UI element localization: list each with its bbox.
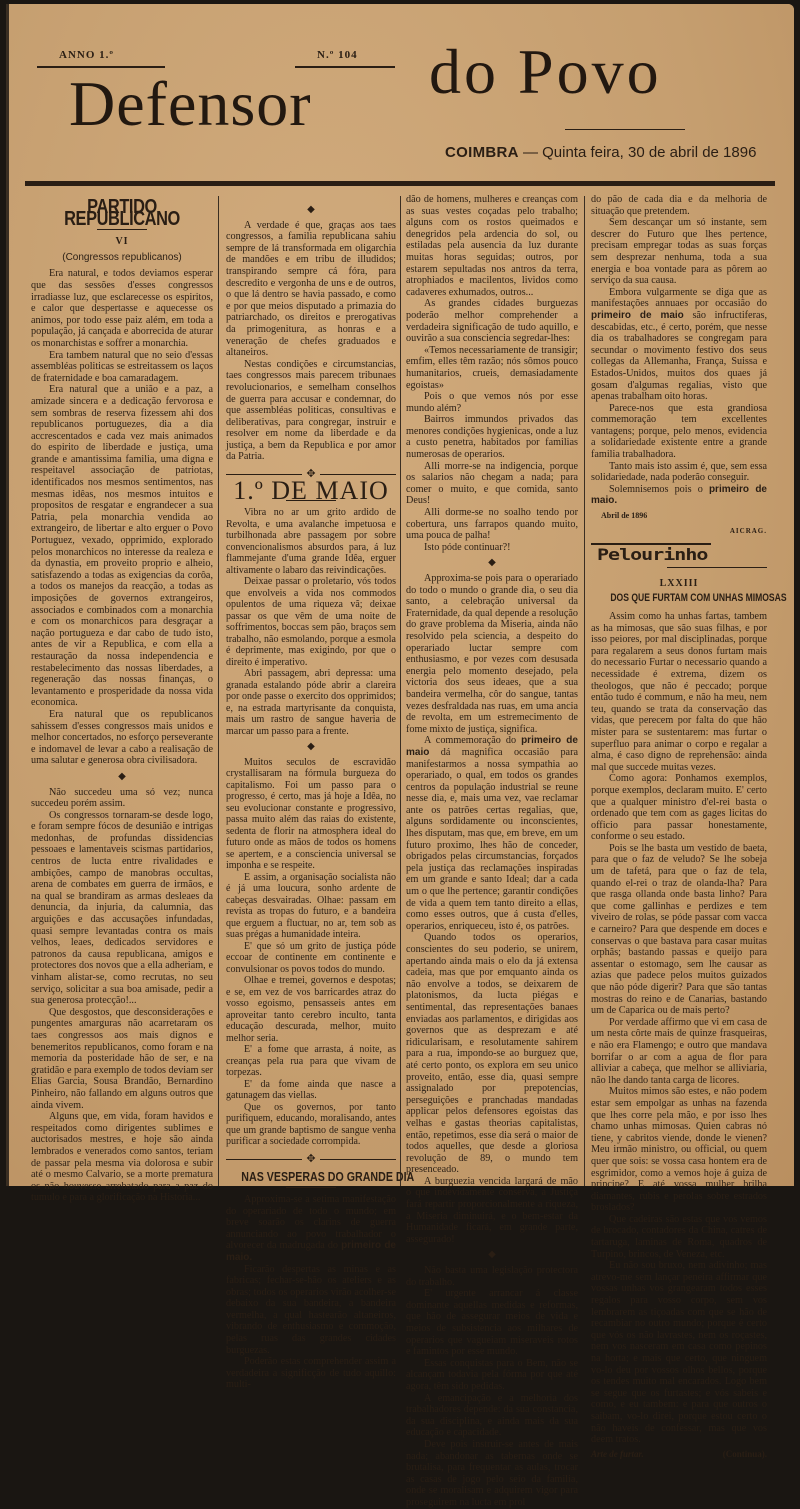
- diamond-ornament-icon: ◆: [226, 741, 396, 753]
- newspaper-title-do-povo: do Povo: [429, 40, 662, 104]
- article-date: Abril de 1896: [591, 510, 647, 522]
- article-heading-1-de-maio: 1.º DE MAIO: [226, 485, 396, 497]
- column-rule: [584, 196, 585, 1186]
- paragraph: Como agora: Ponhamos exemplos, porque ex…: [591, 773, 767, 843]
- article-heading-nas-vesperas: NAS VESPERAS DO GRANDE DIA: [241, 1171, 380, 1183]
- section-heading-pelourinho: Pelourinho: [597, 550, 767, 559]
- paragraph: Muitos seculos de escravidão crystallisa…: [226, 757, 396, 872]
- article-body: Era natural, e todos deviamos esperar qu…: [31, 268, 213, 1192]
- article-part-number: LXXIII: [591, 578, 767, 590]
- section-divider: ✥: [226, 1154, 396, 1166]
- paragraph: dão de homens, mulheres e creanças com a…: [406, 194, 578, 298]
- paragraph: Era natural que a união e a paz, a amiza…: [31, 384, 213, 709]
- paragraph: Pois o que vemos nós por esse mundo além…: [406, 391, 578, 414]
- paragraph: A burguezia vencida largará de mão o que…: [406, 1176, 578, 1192]
- column-rule: [218, 196, 219, 1186]
- city: COIMBRA: [445, 144, 519, 161]
- paragraph: Bairros immundos privados das menores co…: [406, 414, 578, 460]
- article-subtitle: DOS QUE FURTAM COM UNHAS MIMOSAS: [610, 593, 747, 605]
- issue-number: N.º 104: [317, 49, 358, 61]
- paragraph: Parece-nos que esta grandiosa commemoraç…: [591, 403, 767, 461]
- heading-rule: [286, 1187, 336, 1188]
- column-1: PARTIDO REPUBLICANO VI (Congressos repub…: [31, 194, 213, 1192]
- date-rule: [565, 129, 685, 130]
- paragraph: Tanto mais isto assim é, que, sem essa s…: [591, 461, 767, 484]
- article-subtitle: (Congressos republicanos): [31, 252, 213, 264]
- paragraph: E' a fome que arrasta, á noite, as crean…: [226, 1044, 396, 1079]
- dateline: COIMBRA — Quinta feira, 30 de abril de 1…: [445, 144, 756, 161]
- paragraph: As grandes cidades burguezas poderão mel…: [406, 298, 578, 344]
- column-rule: [400, 196, 401, 1186]
- paragraph: Abri passagem, abri depressa: uma granad…: [226, 668, 396, 737]
- paragraph: A verdade é que, graças aos taes congres…: [226, 220, 396, 359]
- article-dateline: Abril de 1896: [591, 510, 767, 522]
- diamond-ornament-icon: ◆: [226, 204, 396, 216]
- paragraph: E' da fome ainda que nasce a gatunagem d…: [226, 1079, 396, 1102]
- column-3: dão de homens, mulheres e creanças com a…: [406, 194, 578, 1192]
- paragraph: Por verdade affirmo que vi em casa de um…: [591, 1017, 767, 1087]
- paragraph: Quando todos os operarios, conscientes d…: [406, 932, 578, 1175]
- paragraph: do pão de cada dia e da melhoria de situ…: [591, 194, 767, 217]
- paragraph: Muitos mimos são estes, e não podem esta…: [591, 1086, 767, 1192]
- paragraph: E assim, a organisação socialista não é …: [226, 872, 396, 941]
- paragraph: Era natural, e todos deviamos esperar qu…: [31, 268, 213, 349]
- article-part-number: VI: [31, 236, 213, 248]
- diamond-ornament-icon: ◆: [31, 771, 213, 783]
- paragraph: Nestas condições e circumstancias, taes …: [226, 359, 396, 463]
- fleuron-icon: ✥: [302, 1154, 319, 1166]
- diamond-ornament-icon: ◆: [406, 557, 578, 569]
- paragraph: Pois se lhe basta um vestido de baeta, p…: [591, 843, 767, 1017]
- paragraph: Solemnisemos pois o primeiro de maio.: [591, 484, 767, 507]
- author-signature: AICRAG.: [591, 526, 767, 538]
- newspaper-title-defensor: Defensor: [69, 72, 312, 136]
- paragraph: Que desgostos, que desconsiderações e pu…: [31, 1007, 213, 1111]
- paragraph: Os congressos tornaram-se desde logo, e …: [31, 810, 213, 1007]
- paragraph: Alli dorme-se no soalho tendo por cobert…: [406, 507, 578, 542]
- masthead-bottom-rule: [25, 181, 775, 186]
- column-2: ◆ A verdade é que, graças aos taes congr…: [226, 200, 396, 1192]
- quote: «Temos necessariamente de transigir; emf…: [406, 345, 578, 391]
- paragraph: Sem descançar um só instante, sem descre…: [591, 217, 767, 287]
- paragraph: Não succedeu uma só vez; nunca succedeu …: [31, 787, 213, 810]
- paragraph: Deixae passar o proletario, vós todos qu…: [226, 576, 396, 668]
- paragraph: Isto póde continuar?!: [406, 542, 578, 554]
- volume-year: ANNO 1.º: [59, 49, 114, 61]
- paragraph: Assim como ha unhas fartas, tambem as ha…: [591, 611, 767, 773]
- paragraph: Embora vulgarmente se diga que as manife…: [591, 287, 767, 403]
- issue-date: — Quinta feira, 30 de abril de 1896: [523, 144, 756, 161]
- paragraph: Approxima-se pois para o operariado do t…: [406, 573, 578, 735]
- paragraph: Era tambem natural que no seio d'essas a…: [31, 350, 213, 385]
- paragraph: A commemoração do primeiro de maio dá ma…: [406, 735, 578, 932]
- section-rule: [667, 567, 767, 568]
- column-4: do pão de cada dia e da melhoria de situ…: [591, 194, 767, 1192]
- paragraph: Que os governos, por tanto purifiquem, e…: [226, 1102, 396, 1148]
- article-heading-partido-republicano: PARTIDO REPUBLICANO: [47, 202, 196, 225]
- paragraph: Olhae e tremei, governos e despotas; e s…: [226, 975, 396, 1044]
- paragraph: Era natural que os republicanos sahissem…: [31, 709, 213, 767]
- paragraph: Vibra no ar um grito ardido de Revolta, …: [226, 507, 396, 576]
- paragraph: Alguns que, em vida, foram havidos e res…: [31, 1111, 213, 1192]
- primeiro-de-maio-emphasis: primeiro de maio: [591, 310, 684, 321]
- newspaper-page: ANNO 1.º N.º 104 Defensor do Povo COIMBR…: [6, 4, 794, 1186]
- paragraph: E' que só um grito de justiça póde eccoa…: [226, 941, 396, 976]
- paragraph: Alli morre-se na indigencia, porque os s…: [406, 461, 578, 507]
